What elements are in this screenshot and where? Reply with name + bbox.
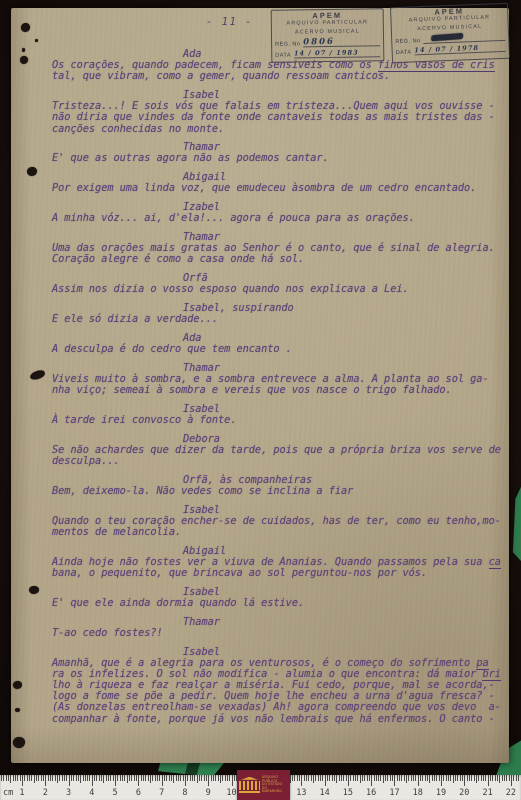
ruler-tick xyxy=(450,775,451,781)
ruler-tick xyxy=(476,775,477,783)
stamp-reg-row: REG. No 0806 xyxy=(275,37,380,47)
ruler-tick xyxy=(467,775,468,781)
speaker-heading: Isabel, suspirando xyxy=(183,303,514,314)
ruler-tick xyxy=(292,775,293,781)
dialogue-line: Bem, deixemo-la. Não vedes como se incli… xyxy=(52,486,514,497)
ruler-tick xyxy=(143,775,144,781)
dialogue-line: E ele só dizia a verdade... xyxy=(52,314,514,325)
ruler-tick xyxy=(80,775,81,783)
ruler-tick xyxy=(22,775,23,786)
ruler-tick xyxy=(227,775,228,781)
ruler-tick xyxy=(225,775,226,781)
ruler-tick xyxy=(15,775,16,781)
reg-label: REG. No xyxy=(395,38,420,45)
ruler-tick xyxy=(299,775,300,781)
ruler-tick xyxy=(341,775,342,781)
ruler-tick xyxy=(83,775,84,781)
dialogue-block: IzabelA minha vóz... ai, d'ela!... agora… xyxy=(52,202,514,224)
ruler-tick xyxy=(357,775,358,781)
ruler-tick xyxy=(10,775,11,783)
dialogue-block: Orfã, às companheirasBem, deixemo-la. Nã… xyxy=(52,475,514,497)
ruler-tick xyxy=(322,775,323,781)
ruler-tick xyxy=(1,775,2,781)
ruler-tick xyxy=(101,775,102,781)
ruler-tick xyxy=(59,775,60,781)
ruler-tick xyxy=(162,775,163,786)
ruler-tick xyxy=(27,775,28,781)
ruler-tick xyxy=(443,775,444,781)
ruler-tick xyxy=(159,775,160,781)
ruler-tick xyxy=(313,775,314,783)
dialogue-block: IsabelÀ tarde irei convosco à fonte. xyxy=(52,404,514,426)
ruler-number: 21 xyxy=(482,788,492,798)
ruler-tick xyxy=(511,775,512,786)
dialogue-line: companhar à fonte, porque já vos não lem… xyxy=(52,714,514,725)
ruler-tick xyxy=(66,775,67,781)
ruler-tick xyxy=(315,775,316,781)
ruler-tick xyxy=(204,775,205,781)
ruler-tick xyxy=(390,775,391,781)
ruler-tick xyxy=(343,775,344,781)
ruler-tick xyxy=(327,775,328,781)
ruler-tick xyxy=(55,775,56,781)
ruler-tick xyxy=(420,775,421,781)
dialogue-block: AbigailPor exigem uma linda voz, que emu… xyxy=(52,172,514,194)
ruler-tick xyxy=(380,775,381,781)
ruler-tick xyxy=(383,775,384,783)
dialogue-line: canções conhecidas no monte. xyxy=(52,124,514,135)
ruler-tick xyxy=(138,775,139,786)
dialogue-block: ThamarViveis muito à sombra, e a sombra … xyxy=(52,363,514,396)
ruler-tick xyxy=(462,775,463,781)
ruler-tick xyxy=(222,775,223,781)
ruler-tick xyxy=(427,775,428,781)
ruler-tick xyxy=(422,775,423,781)
ruler-tick xyxy=(45,775,46,786)
ruler-number: 13 xyxy=(296,788,306,798)
ruler-tick xyxy=(141,775,142,781)
dialogue-block: ThamarUma das orações mais gratas ao Sen… xyxy=(52,232,514,265)
dialogue-line: Coração alegre é como a casa onde há sol… xyxy=(52,254,514,265)
ruler-tick xyxy=(173,775,174,783)
ruler-number: 17 xyxy=(389,788,399,798)
ruler-number: 18 xyxy=(413,788,423,798)
ruler-unit-label: cm xyxy=(3,788,13,798)
ruler-tick xyxy=(213,775,214,781)
ruler-tick xyxy=(185,775,186,786)
stamp-reg-row: REG. No xyxy=(395,32,505,45)
ruler-tick xyxy=(334,775,335,781)
dialogue-line: E' que ele ainda dormia quando lá estive… xyxy=(52,598,514,609)
ruler-tick xyxy=(113,775,114,781)
dialogue-line: nha viço; semeai à sombra e vereis que v… xyxy=(52,385,514,396)
ruler-tick xyxy=(69,775,70,786)
ruler-tick xyxy=(85,775,86,781)
ruler-tick xyxy=(350,775,351,781)
ruler-tick xyxy=(306,775,307,781)
ruler-tick xyxy=(474,775,475,781)
ruler-tick xyxy=(360,775,361,783)
ruler-tick xyxy=(371,775,372,786)
ruler-tick xyxy=(129,775,130,781)
ruler-tick xyxy=(148,775,149,781)
ruler-tick xyxy=(488,775,489,786)
ruler-tick xyxy=(134,775,135,781)
ruler-tick xyxy=(329,775,330,781)
ruler-tick xyxy=(457,775,458,781)
ruler-tick xyxy=(506,775,507,781)
dialogue-line: T-ao cedo fostes?! xyxy=(52,628,514,639)
ruler-tick xyxy=(455,775,456,781)
dialogue-line: Se não achardes que dizer da tarde, pois… xyxy=(52,445,514,456)
ruler-tick xyxy=(183,775,184,781)
ruler-tick xyxy=(436,775,437,781)
ruler-tick xyxy=(92,775,93,786)
ruler-tick xyxy=(425,775,426,781)
ruler-tick xyxy=(89,775,90,781)
ink-scribble xyxy=(431,33,463,41)
ruler-tick xyxy=(401,775,402,781)
ruler-tick xyxy=(432,775,433,781)
ruler-tick xyxy=(187,775,188,781)
ruler-tick xyxy=(441,775,442,786)
ruler-tick xyxy=(127,775,128,783)
ruler-tick xyxy=(57,775,58,783)
ruler-number: 16 xyxy=(366,788,376,798)
ruler-tick xyxy=(406,775,407,783)
ruler-tick xyxy=(13,775,14,781)
ruler-tick xyxy=(387,775,388,781)
ruler-number: 1 xyxy=(19,788,24,798)
ruler-number: 6 xyxy=(136,788,141,798)
ruler-tick xyxy=(145,775,146,781)
ruler-tick xyxy=(376,775,377,781)
ruler-tick xyxy=(178,775,179,781)
ruler-tick xyxy=(318,775,319,781)
ruler-tick xyxy=(201,775,202,781)
ruler-tick xyxy=(169,775,170,781)
ruler-tick xyxy=(8,775,9,781)
ruler-tick xyxy=(415,775,416,781)
ruler-tick xyxy=(320,775,321,781)
ruler-tick xyxy=(485,775,486,781)
ruler-tick xyxy=(155,775,156,781)
building-icon xyxy=(239,777,260,794)
dialogue-line: A minha vóz... ai, d'ela!... agora é pou… xyxy=(52,213,514,224)
ruler-tick xyxy=(96,775,97,781)
dialogue-block: IsabelQuando o teu coração encher-se de … xyxy=(52,505,514,538)
ruler-number: 8 xyxy=(182,788,187,798)
reg-handwritten-value: 0806 xyxy=(303,37,380,47)
ruler-tick xyxy=(404,775,405,781)
ruler-tick xyxy=(502,775,503,781)
dialogue-block: ThamarE' que as outras agora não as pode… xyxy=(52,142,514,164)
ruler-tick xyxy=(362,775,363,781)
dialogue-line: mentos de melancolia. xyxy=(52,527,514,538)
ruler-tick xyxy=(518,775,519,781)
archive-logo-text: ARQUIVOPÚBLICODO ESTADODO MARANHÃO xyxy=(262,776,288,794)
ruler-number: 14 xyxy=(319,788,329,798)
ruler-tick xyxy=(131,775,132,781)
ruler-tick xyxy=(499,775,500,783)
ruler-tick xyxy=(64,775,65,781)
ruler-tick xyxy=(348,775,349,786)
ruler-tick xyxy=(103,775,104,783)
ruler-tick xyxy=(497,775,498,781)
ruler-number: 10 xyxy=(226,788,236,798)
ruler-tick xyxy=(339,775,340,781)
ruler-number: 20 xyxy=(459,788,469,798)
ruler-tick xyxy=(478,775,479,781)
ruler-tick xyxy=(120,775,121,781)
ruler-tick xyxy=(294,775,295,781)
ruler-tick xyxy=(495,775,496,781)
ruler-tick xyxy=(192,775,193,781)
ruler-tick xyxy=(52,775,53,781)
ruler-tick xyxy=(355,775,356,781)
dialogue-line: tal, que vibram, como a gemer, quando re… xyxy=(52,71,514,82)
dialogue-line: Assim nos dizia o vosso esposo quando no… xyxy=(52,284,514,295)
ruler-tick xyxy=(206,775,207,781)
ruler-tick xyxy=(220,775,221,783)
dialogue-block: IsabelTristeza...! E sois vós que falais… xyxy=(52,90,514,135)
ruler-tick xyxy=(48,775,49,781)
ruler-tick xyxy=(20,775,21,781)
dialogue-line: Por exigem uma linda voz, que emudeceu à… xyxy=(52,183,514,194)
ruler-tick xyxy=(464,775,465,786)
ruler-tick xyxy=(516,775,517,781)
dialogue-line: bana, o pequenito, que brincava ao sol p… xyxy=(52,568,514,579)
dialogue-block: IsabelAmanhã, que é a alegria para os ve… xyxy=(52,647,514,725)
ruler-tick xyxy=(87,775,88,781)
dialogue-line: desculpa... xyxy=(52,456,514,467)
ruler-tick xyxy=(218,775,219,781)
ruler-tick xyxy=(332,775,333,781)
archive-logo: ARQUIVOPÚBLICODO ESTADODO MARANHÃO xyxy=(237,770,290,800)
ruler-tick xyxy=(434,775,435,781)
ruler-number: 22 xyxy=(506,788,516,798)
ruler-tick xyxy=(180,775,181,781)
ruler-tick xyxy=(124,775,125,781)
speaker-heading: Thamar xyxy=(183,617,514,628)
dialogue-block: AbigailAinda hoje não fostes ver a viuva… xyxy=(52,546,514,579)
ruler-tick xyxy=(325,775,326,786)
ruler-number: 2 xyxy=(43,788,48,798)
ruler-tick xyxy=(364,775,365,781)
ruler-tick xyxy=(152,775,153,781)
ruler-tick xyxy=(471,775,472,781)
scanned-document-page: - 11 - APEM ARQUIVO PARTICULAR ACERVO MU… xyxy=(0,0,521,800)
ruler-tick xyxy=(367,775,368,781)
dialogue-block: ThamarT-ao cedo fostes?! xyxy=(52,617,514,639)
stamp-line1: ARQUIVO PARTICULAR xyxy=(275,19,380,27)
ruler-tick xyxy=(171,775,172,781)
ruler-number: 3 xyxy=(66,788,71,798)
ruler-tick xyxy=(194,775,195,781)
ruler-tick xyxy=(392,775,393,781)
ruler-tick xyxy=(50,775,51,781)
ruler-tick xyxy=(157,775,158,781)
ruler-tick xyxy=(164,775,165,781)
dialogue: AdaOs corações, quando padecem, ficam se… xyxy=(52,49,514,732)
ruler-tick xyxy=(346,775,347,781)
ruler-tick xyxy=(439,775,440,781)
ruler-tick xyxy=(413,775,414,781)
ruler-tick xyxy=(483,775,484,781)
dialogue-line: A desculpa é do cedro que tem encanto . xyxy=(52,344,514,355)
ruler-tick xyxy=(418,775,419,786)
reg-scribbled-value xyxy=(423,32,505,44)
ruler-tick xyxy=(76,775,77,781)
ruler-tick xyxy=(166,775,167,781)
ruler-tick xyxy=(78,775,79,781)
page-number: - 11 - xyxy=(206,16,253,28)
ruler-tick xyxy=(460,775,461,781)
ruler-tick xyxy=(208,775,209,786)
ruler-tick xyxy=(24,775,25,781)
ruler-tick xyxy=(211,775,212,781)
ruler-tick xyxy=(308,775,309,781)
ruler-tick xyxy=(199,775,200,781)
ruler-number: 9 xyxy=(206,788,211,798)
ruler-tick xyxy=(408,775,409,781)
ruler-tick xyxy=(17,775,18,781)
ruler-tick xyxy=(136,775,137,781)
ruler-tick xyxy=(336,775,337,783)
dialogue-block: IsabelE' que ele ainda dormia quando lá … xyxy=(52,587,514,609)
ruler-number: 15 xyxy=(343,788,353,798)
ruler-tick xyxy=(374,775,375,781)
dialogue-block: AdaOs corações, quando padecem, ficam se… xyxy=(52,49,514,82)
ruler-tick xyxy=(397,775,398,781)
ruler-tick xyxy=(394,775,395,786)
ruler-tick xyxy=(36,775,37,781)
ruler-tick xyxy=(122,775,123,781)
ruler-tick xyxy=(301,775,302,786)
dialogue-block: OrfãAssim nos dizia o vosso esposo quand… xyxy=(52,273,514,295)
ruler-number: 19 xyxy=(436,788,446,798)
ruler-tick xyxy=(62,775,63,781)
ruler-tick xyxy=(353,775,354,781)
ruler-tick xyxy=(229,775,230,781)
dialogue-line: E' que as outras agora não as podemos ca… xyxy=(52,153,514,164)
ruler-tick xyxy=(99,775,100,781)
ruler-tick xyxy=(73,775,74,781)
ruler-tick xyxy=(509,775,510,781)
dialogue-block: Isabel, suspirandoE ele só dizia a verda… xyxy=(52,303,514,325)
ruler-tick xyxy=(31,775,32,781)
ruler-tick xyxy=(453,775,454,783)
ruler-tick xyxy=(304,775,305,781)
ruler-tick xyxy=(197,775,198,783)
ruler-tick xyxy=(176,775,177,781)
ruler-tick xyxy=(71,775,72,781)
ruler-tick xyxy=(378,775,379,781)
ruler-tick xyxy=(110,775,111,781)
reg-label: REG. No xyxy=(275,42,300,48)
ruler-tick xyxy=(6,775,7,781)
ruler-tick xyxy=(399,775,400,781)
ruler-tick xyxy=(504,775,505,781)
ruler-tick xyxy=(94,775,95,781)
ruler-tick xyxy=(232,775,233,786)
ruler-tick xyxy=(150,775,151,783)
ruler-tick xyxy=(115,775,116,786)
ruler-tick xyxy=(311,775,312,781)
ruler-tick xyxy=(41,775,42,781)
ruler-number: 7 xyxy=(159,788,164,798)
stamp-line2: ACERVO MUSICAL xyxy=(275,28,380,36)
ruler-number: 4 xyxy=(89,788,94,798)
dialogue-block: AdaA desculpa é do cedro que tem encanto… xyxy=(52,333,514,355)
ruler-tick xyxy=(469,775,470,781)
ruler-tick xyxy=(38,775,39,781)
ruler-tick xyxy=(411,775,412,781)
ruler-tick xyxy=(117,775,118,781)
ruler-tick xyxy=(106,775,107,781)
ruler-tick xyxy=(34,775,35,783)
ruler-tick xyxy=(29,775,30,781)
ruler-tick xyxy=(234,775,235,781)
ruler-tick xyxy=(297,775,298,781)
ruler-tick xyxy=(369,775,370,781)
ruler-tick xyxy=(108,775,109,781)
ruler-tick xyxy=(448,775,449,781)
ruler-tick xyxy=(446,775,447,781)
dialogue-line: À tarde irei convosco à fonte. xyxy=(52,415,514,426)
ruler-tick xyxy=(43,775,44,781)
dialogue-block: DeboraSe não achardes que dizer da tarde… xyxy=(52,434,514,467)
ruler-tick xyxy=(190,775,191,781)
ruler-tick xyxy=(481,775,482,781)
ruler-tick xyxy=(492,775,493,781)
ruler-tick xyxy=(3,775,4,781)
ruler-tick xyxy=(429,775,430,783)
ruler-tick xyxy=(215,775,216,781)
ruler-tick xyxy=(513,775,514,781)
ruler-number: 5 xyxy=(113,788,118,798)
stamp-line2: ACERVO MUSICAL xyxy=(395,22,505,33)
ruler-tick xyxy=(490,775,491,781)
ruler-tick xyxy=(385,775,386,781)
